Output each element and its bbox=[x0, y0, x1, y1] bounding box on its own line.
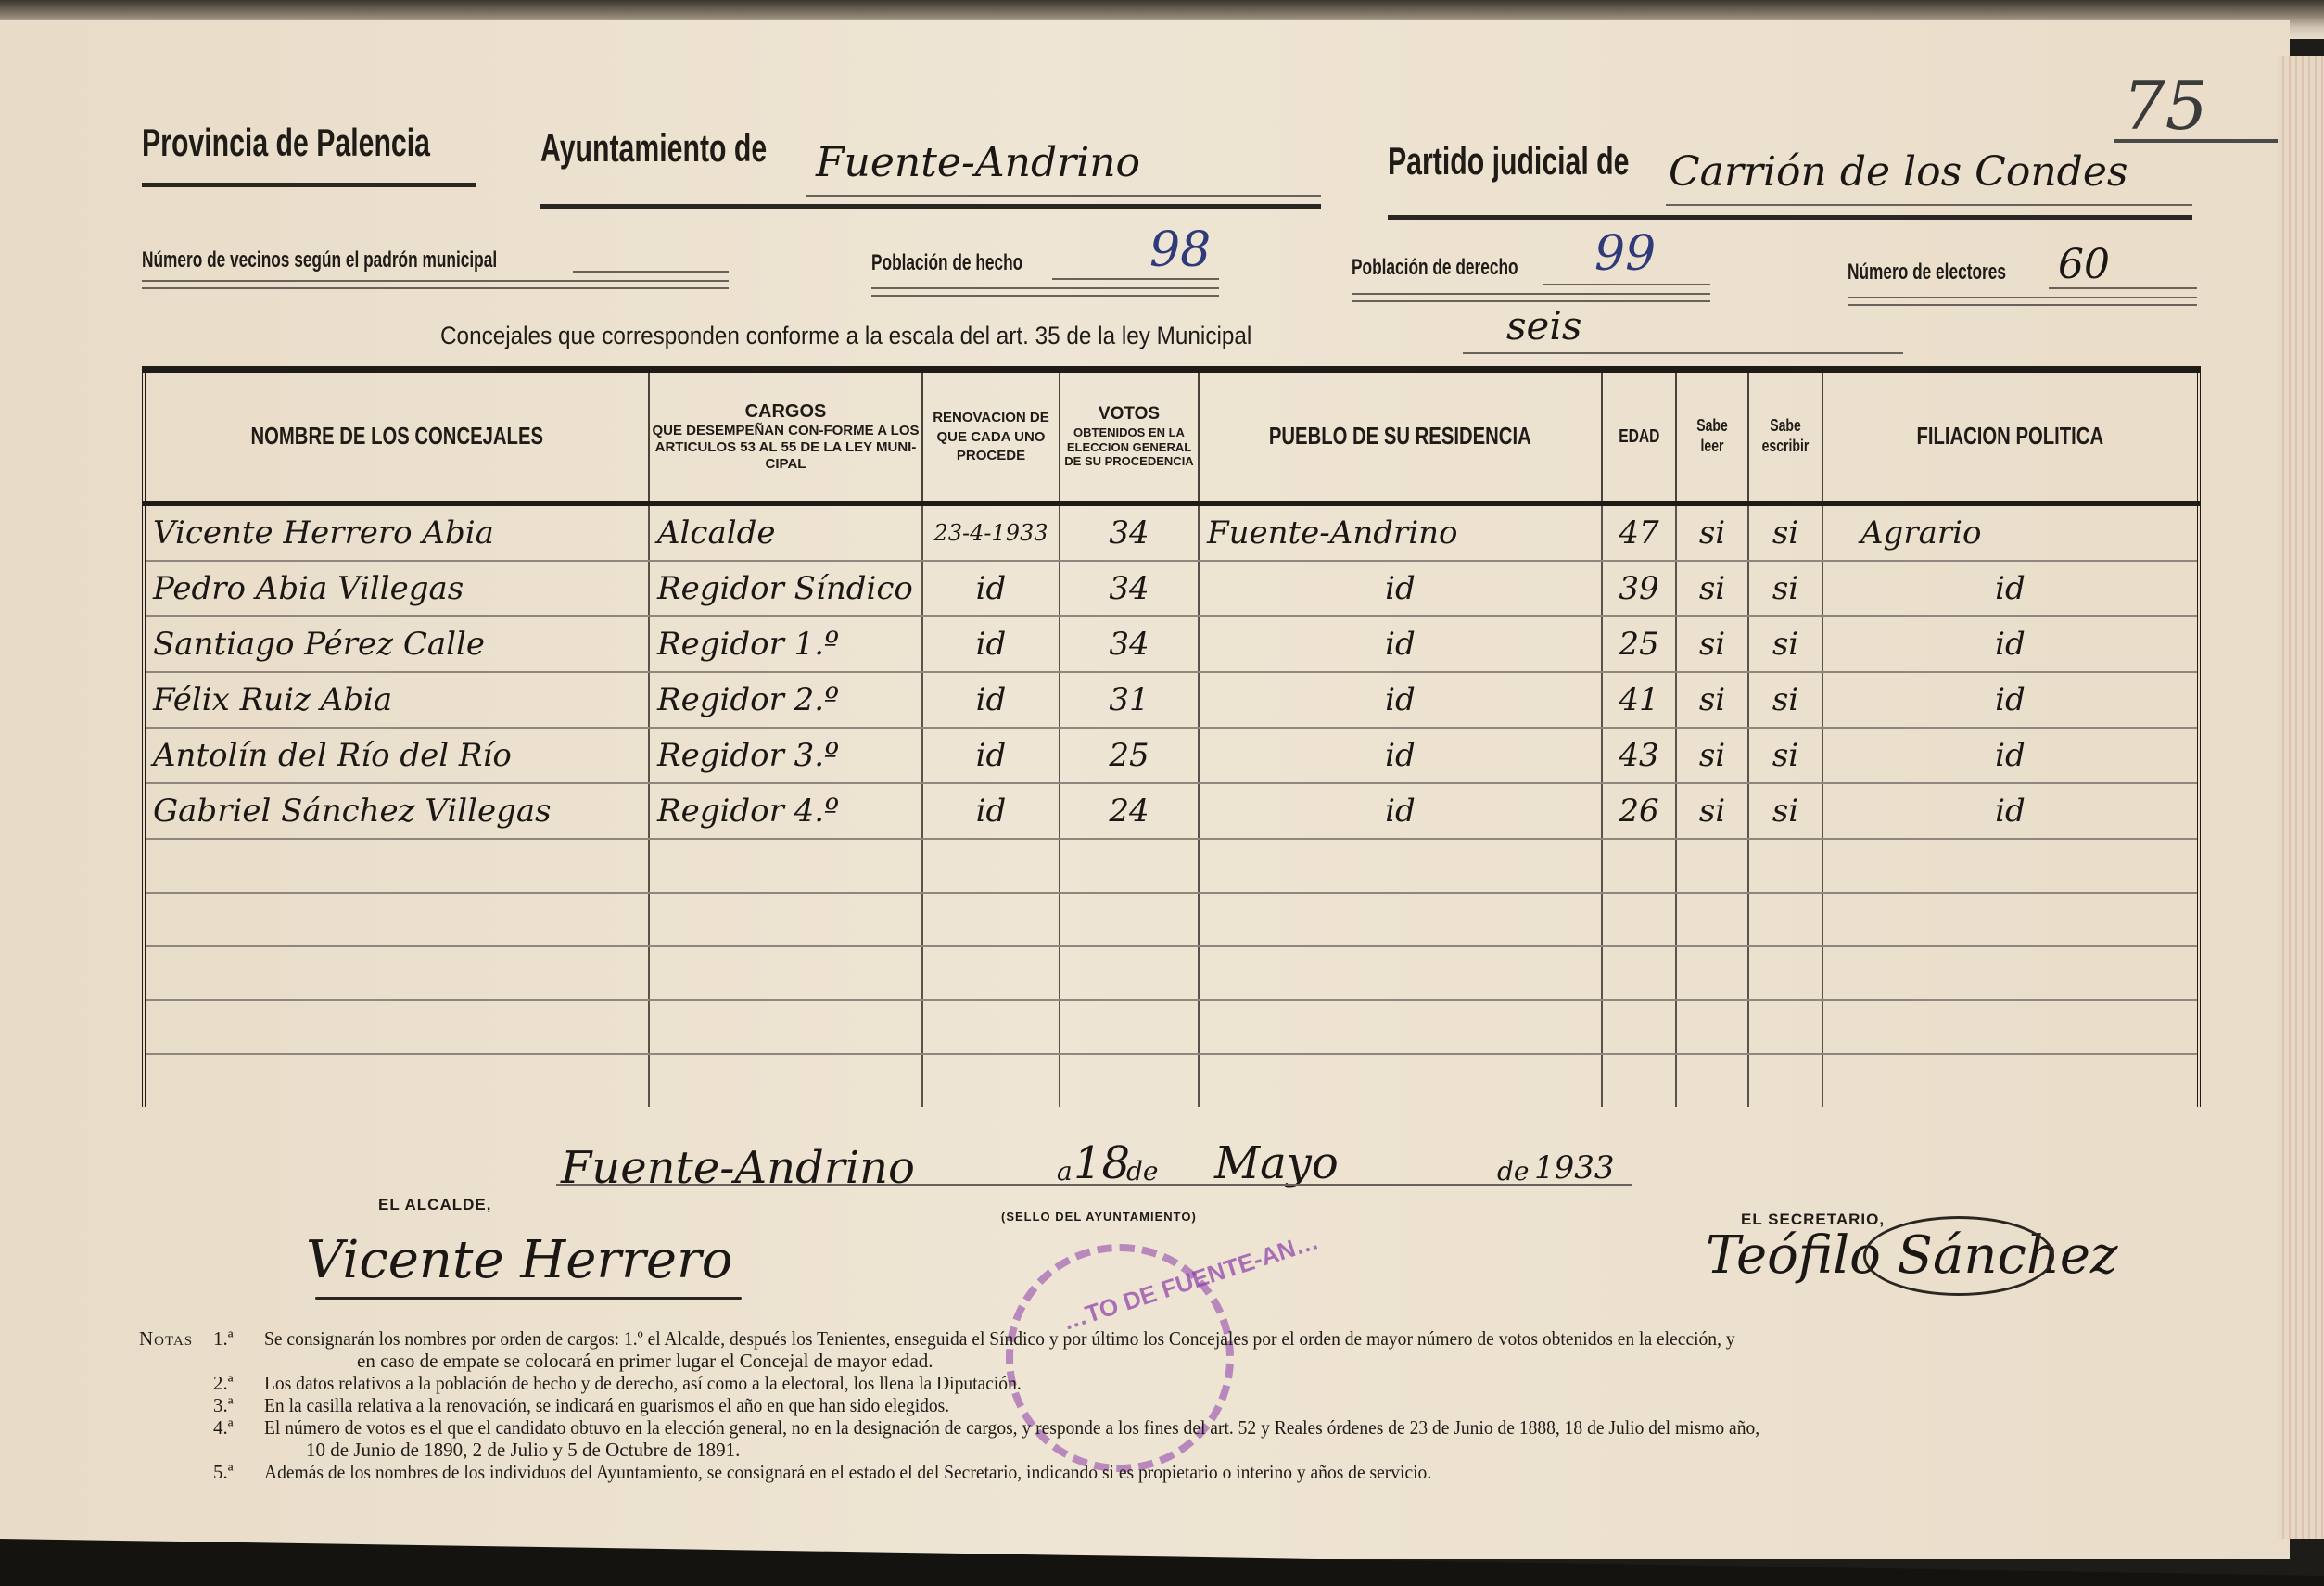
poblacion-derecho-fill-line bbox=[1543, 284, 1710, 285]
poblacion-hecho-fill-line bbox=[1052, 278, 1219, 280]
cell-pueblo: id bbox=[1199, 728, 1602, 783]
cell-filiacion: Agrario bbox=[1822, 503, 2199, 561]
note-text: El número de votos es el que el candidat… bbox=[264, 1416, 2079, 1439]
table-row: Antolín del Río del Río Regidor 3.º id 2… bbox=[144, 728, 2199, 783]
cell-pueblo: id bbox=[1199, 561, 1602, 616]
cell-votos: 34 bbox=[1060, 561, 1199, 616]
header-votos: VOTOSOBTENIDOS EN LA ELECCION GENERAL DE… bbox=[1060, 370, 1199, 504]
note-number: 4.ª bbox=[213, 1416, 264, 1439]
note-number: 1.ª bbox=[213, 1327, 264, 1350]
poblacion-hecho-value: 98 bbox=[1149, 222, 1211, 278]
cell-cargo: Alcalde bbox=[649, 503, 922, 561]
note-text: Los datos relativos a la población de he… bbox=[264, 1372, 2079, 1394]
header-sabe-leer: Sabe leer bbox=[1676, 370, 1748, 504]
cell-pueblo: id bbox=[1199, 616, 1602, 672]
header-pueblo: PUEBLO DE SU RESIDENCIA bbox=[1199, 370, 1602, 504]
page-number-underline bbox=[2114, 139, 2280, 143]
cell-nombre: Antolín del Río del Río bbox=[144, 728, 649, 783]
cell-edad: 25 bbox=[1602, 616, 1676, 672]
cell-filiacion: id bbox=[1822, 561, 2199, 616]
note-number: 3.ª bbox=[213, 1394, 264, 1416]
alcalde-signature-flourish bbox=[315, 1297, 742, 1300]
concejales-fill-line bbox=[1463, 352, 1903, 354]
table-row: Vicente Herrero Abia Alcalde 23-4-1933 3… bbox=[144, 503, 2199, 561]
cell-cargo: Regidor 4.º bbox=[649, 783, 922, 839]
day-value: 18 bbox=[1073, 1137, 1130, 1189]
poblacion-hecho-rule-2 bbox=[871, 295, 1219, 297]
cell-votos: 34 bbox=[1060, 503, 1199, 561]
cell-votos: 34 bbox=[1060, 616, 1199, 672]
header-sabe-escribir: Sabe escribir bbox=[1748, 370, 1822, 504]
table-row-empty bbox=[144, 1000, 2199, 1054]
cell-votos: 25 bbox=[1060, 728, 1199, 783]
ayuntamiento-value: Fuente-Andrino bbox=[816, 139, 1140, 186]
poblacion-hecho-rule-1 bbox=[871, 287, 1219, 289]
cell-pueblo: id bbox=[1199, 672, 1602, 728]
poblacion-derecho-rule-1 bbox=[1352, 293, 1710, 295]
date-a-label: a bbox=[1057, 1156, 1073, 1186]
electores-value: 60 bbox=[2058, 241, 2110, 288]
date-de-label-1: de bbox=[1126, 1156, 1159, 1186]
place-date-line bbox=[556, 1184, 1632, 1186]
cell-nombre: Félix Ruiz Abia bbox=[144, 672, 649, 728]
note-item: 5.ª Además de los nombres de los individ… bbox=[139, 1461, 2216, 1483]
concejales-label: Concejales que corresponden conforme a l… bbox=[440, 322, 1251, 350]
cell-cargo: Regidor 3.º bbox=[649, 728, 922, 783]
cell-pueblo: Fuente-Andrino bbox=[1199, 503, 1602, 561]
cell-edad: 47 bbox=[1602, 503, 1676, 561]
cell-cargo: Regidor 2.º bbox=[649, 672, 922, 728]
place-value: Fuente-Andrino bbox=[561, 1142, 915, 1194]
cell-pueblo: id bbox=[1199, 783, 1602, 839]
note-number: 5.ª bbox=[213, 1461, 264, 1483]
cell-cargo: Regidor Síndico bbox=[649, 561, 922, 616]
cell-edad: 43 bbox=[1602, 728, 1676, 783]
cell-filiacion: id bbox=[1822, 728, 2199, 783]
note-continuation: en caso de empate se colocará en primer … bbox=[139, 1350, 2216, 1372]
header-nombre: NOMBRE DE LOS CONCEJALES bbox=[144, 370, 649, 504]
cell-escribir: si bbox=[1748, 616, 1822, 672]
cell-renovacion: 23-4-1933 bbox=[922, 503, 1060, 561]
vecinos-fill-line bbox=[573, 271, 729, 273]
electores-rule-1 bbox=[1848, 297, 2197, 298]
cell-cargo: Regidor 1.º bbox=[649, 616, 922, 672]
cell-edad: 39 bbox=[1602, 561, 1676, 616]
cell-edad: 41 bbox=[1602, 672, 1676, 728]
table-row-empty bbox=[144, 893, 2199, 946]
header-renovacion: RENOVACION DE QUE CADA UNO PROCEDE bbox=[922, 370, 1060, 504]
note-item: 2.ª Los datos relativos a la población d… bbox=[139, 1372, 2216, 1394]
cell-renovacion: id bbox=[922, 616, 1060, 672]
cell-nombre: Pedro Abia Villegas bbox=[144, 561, 649, 616]
vecinos-label: Número de vecinos según el padrón munici… bbox=[142, 247, 497, 273]
note-continuation: 10 de Junio de 1890, 2 de Julio y 5 de O… bbox=[139, 1439, 2216, 1461]
note-number: 2.ª bbox=[213, 1372, 264, 1394]
note-text: Se consignarán los nombres por orden de … bbox=[264, 1327, 2079, 1350]
cell-escribir: si bbox=[1748, 672, 1822, 728]
notes-section: Notas 1.ª Se consignarán los nombres por… bbox=[139, 1327, 2216, 1483]
document-page: 75 Provincia de Palencia Ayuntamiento de… bbox=[0, 20, 2290, 1559]
vecinos-rule-1 bbox=[142, 280, 729, 282]
note-text: Además de los nombres de los individuos … bbox=[264, 1461, 2079, 1483]
cell-leer: si bbox=[1676, 783, 1748, 839]
header-cargos: CARGOSQUE DESEMPEÑAN CON-FORME A LOS ART… bbox=[649, 370, 922, 504]
cell-nombre: Vicente Herrero Abia bbox=[144, 503, 649, 561]
table-row: Félix Ruiz Abia Regidor 2.º id 31 id 41 … bbox=[144, 672, 2199, 728]
header-edad: EDAD bbox=[1602, 370, 1676, 504]
alcalde-label: EL ALCALDE, bbox=[378, 1196, 491, 1214]
ayuntamiento-fill-line bbox=[806, 195, 1321, 197]
cell-filiacion: id bbox=[1822, 616, 2199, 672]
sello-label: (SELLO DEL AYUNTAMIENTO) bbox=[1001, 1210, 1197, 1224]
year-value: 1933 bbox=[1534, 1149, 1615, 1186]
alcalde-signature: Vicente Herrero bbox=[306, 1230, 733, 1290]
provincia-label: Provincia de Palencia bbox=[142, 121, 430, 165]
ledger-page-edges bbox=[2278, 56, 2324, 1539]
ayuntamiento-label: Ayuntamiento de bbox=[540, 126, 767, 171]
provincia-rule bbox=[142, 183, 476, 187]
cell-nombre: Santiago Pérez Calle bbox=[144, 616, 649, 672]
electores-label: Número de electores bbox=[1848, 260, 2006, 285]
ayuntamiento-rule bbox=[540, 204, 1321, 209]
cell-votos: 31 bbox=[1060, 672, 1199, 728]
cell-renovacion: id bbox=[922, 728, 1060, 783]
table-row: Santiago Pérez Calle Regidor 1.º id 34 i… bbox=[144, 616, 2199, 672]
page-number: 75 bbox=[2123, 67, 2208, 145]
month-value: Mayo bbox=[1214, 1137, 1339, 1189]
cell-escribir: si bbox=[1748, 561, 1822, 616]
electores-fill-line bbox=[2049, 287, 2197, 289]
note-text: En la casilla relativa a la renovación, … bbox=[264, 1394, 2079, 1416]
cell-leer: si bbox=[1676, 616, 1748, 672]
concejales-value: seis bbox=[1506, 303, 1581, 349]
cell-renovacion: id bbox=[922, 672, 1060, 728]
table-row: Pedro Abia Villegas Regidor Síndico id 3… bbox=[144, 561, 2199, 616]
cell-leer: si bbox=[1676, 503, 1748, 561]
cell-votos: 24 bbox=[1060, 783, 1199, 839]
poblacion-derecho-value: 99 bbox=[1594, 226, 1656, 282]
notes-label: Notas bbox=[139, 1327, 213, 1350]
poblacion-hecho-label: Población de hecho bbox=[871, 250, 1022, 276]
electores-rule-2 bbox=[1848, 304, 2197, 306]
note-item: 4.ª El número de votos es el que el cand… bbox=[139, 1416, 2216, 1439]
date-de-label-2: de bbox=[1497, 1156, 1530, 1186]
cell-renovacion: id bbox=[922, 561, 1060, 616]
note-item: Notas 1.ª Se consignarán los nombres por… bbox=[139, 1327, 2216, 1350]
cell-edad: 26 bbox=[1602, 783, 1676, 839]
table-header-row: NOMBRE DE LOS CONCEJALES CARGOSQUE DESEM… bbox=[144, 370, 2199, 504]
cell-nombre: Gabriel Sánchez Villegas bbox=[144, 783, 649, 839]
table-row-empty bbox=[144, 839, 2199, 893]
poblacion-derecho-label: Población de derecho bbox=[1352, 255, 1518, 281]
partido-label: Partido judicial de bbox=[1388, 139, 1629, 184]
partido-value: Carrión de los Condes bbox=[1669, 148, 2127, 196]
cell-filiacion: id bbox=[1822, 783, 2199, 839]
secretario-signature-flourish bbox=[1863, 1216, 2054, 1296]
table-row: Gabriel Sánchez Villegas Regidor 4.º id … bbox=[144, 783, 2199, 839]
note-item: 3.ª En la casilla relativa a la renovaci… bbox=[139, 1394, 2216, 1416]
header-filiacion: FILIACION POLITICA bbox=[1822, 370, 2199, 504]
table-row-empty bbox=[144, 1054, 2199, 1107]
vecinos-rule-2 bbox=[142, 287, 729, 289]
cell-escribir: si bbox=[1748, 728, 1822, 783]
cell-renovacion: id bbox=[922, 783, 1060, 839]
cell-leer: si bbox=[1676, 672, 1748, 728]
cell-escribir: si bbox=[1748, 783, 1822, 839]
cell-leer: si bbox=[1676, 728, 1748, 783]
poblacion-derecho-rule-2 bbox=[1352, 300, 1710, 302]
cell-leer: si bbox=[1676, 561, 1748, 616]
cell-filiacion: id bbox=[1822, 672, 2199, 728]
table-row-empty bbox=[144, 946, 2199, 1000]
cell-escribir: si bbox=[1748, 503, 1822, 561]
concejales-table: NOMBRE DE LOS CONCEJALES CARGOSQUE DESEM… bbox=[142, 366, 2201, 1107]
partido-rule bbox=[1388, 215, 2192, 220]
partido-fill-line bbox=[1666, 204, 2192, 206]
